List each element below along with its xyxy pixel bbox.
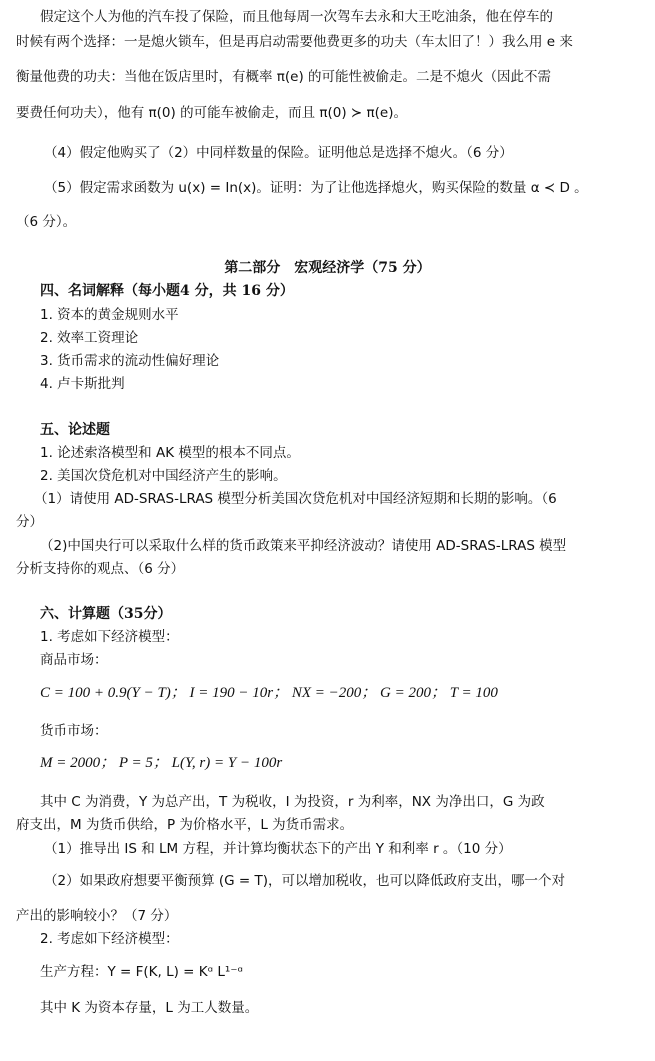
section4-heading: 四、名词解释（每小题4 分，共 16 分） — [40, 282, 294, 300]
intro-line-4: 要费任何功夫），他有 π(0) 的可能车被偷走，而且 π(0) ≻ π(e)。 — [16, 104, 407, 122]
term-item: 4. 卢卡斯批判 — [40, 375, 125, 393]
calc-q2: 2. 考虑如下经济模型： — [40, 930, 179, 948]
term-item: 1. 资本的黄金规则水平 — [40, 306, 179, 324]
calc-q1-2-line2: 产出的影响较小？（7 分） — [16, 907, 177, 925]
variable-defs-line1: 其中 C 为消费，Y 为总产出，T 为税收，I 为投资，r 为利率，NX 为净出… — [40, 793, 545, 811]
question-4: （4）假定他购买了（2）中同样数量的保险。证明他总是选择不熄火。（6 分） — [44, 144, 513, 162]
part2-title: 第二部分 宏观经济学（75 分） — [0, 259, 655, 277]
question-5-score: （6 分）。 — [16, 213, 76, 231]
goods-market-equation: C = 100 + 0.9(Y − T)； I = 190 − 10r； NX … — [40, 684, 498, 702]
calc-q1-1: （1）推导出 IS 和 LM 方程，并计算均衡状态下的产出 Y 和利率 r 。（… — [44, 840, 512, 858]
intro-line-2: 时候有两个选择：一是熄火锁车，但是再启动需要他费更多的功夫（车太旧了！）我么用 … — [16, 33, 573, 51]
essay-q2: 2. 美国次贷危机对中国经济产生的影响。 — [40, 467, 287, 485]
term-item: 2. 效率工资理论 — [40, 329, 138, 347]
intro-line-1: 假定这个人为他的汽车投了保险，而且他每周一次驾车去永和大王吃油条，他在停车的 — [40, 8, 553, 26]
section6-heading: 六、计算题（35分） — [40, 605, 171, 623]
essay-q2-2-line1: （2)中国央行可以采取什么样的货币政策来平抑经济波动？请使用 AD-SRAS-L… — [40, 537, 566, 555]
essay-q2-1-line2: 分） — [16, 513, 43, 531]
calc-q1-2-line1: （2）如果政府想要平衡预算 (G = T)，可以增加税收，也可以降低政府支出，哪… — [44, 872, 565, 890]
term-item: 3. 货币需求的流动性偏好理论 — [40, 352, 219, 370]
money-market-label: 货币市场： — [40, 722, 108, 740]
production-equation: 生产方程：Y = F(K, L) = Kᵅ L¹⁻ᵅ — [40, 963, 243, 981]
question-5: （5）假定需求函数为 u(x) = In(x)。证明：为了让他选择熄火，购买保险… — [44, 179, 588, 197]
variable-defs-line2: 府支出，M 为货币供给，P 为价格水平，L 为货币需求。 — [16, 816, 353, 834]
production-defs: 其中 K 为资本存量，L 为工人数量。 — [40, 999, 258, 1017]
goods-market-label: 商品市场： — [40, 651, 108, 669]
essay-q2-2-line2: 分析支持你的观点、（6 分） — [16, 560, 184, 578]
calc-q1: 1. 考虑如下经济模型： — [40, 628, 179, 646]
essay-q1: 1. 论述索洛模型和 AK 模型的根本不同点。 — [40, 444, 300, 462]
section5-heading: 五、论述题 — [40, 421, 110, 439]
intro-line-3: 衡量他费的功夫：当他在饭店里时，有概率 π(e) 的可能性被偷走。二是不熄火（因… — [16, 68, 551, 86]
money-market-equation: M = 2000； P = 5； L(Y, r) = Y − 100r — [40, 754, 282, 772]
essay-q2-1-line1: （1）请使用 AD-SRAS-LRAS 模型分析美国次贷危机对中国经济短期和长期… — [34, 490, 557, 508]
